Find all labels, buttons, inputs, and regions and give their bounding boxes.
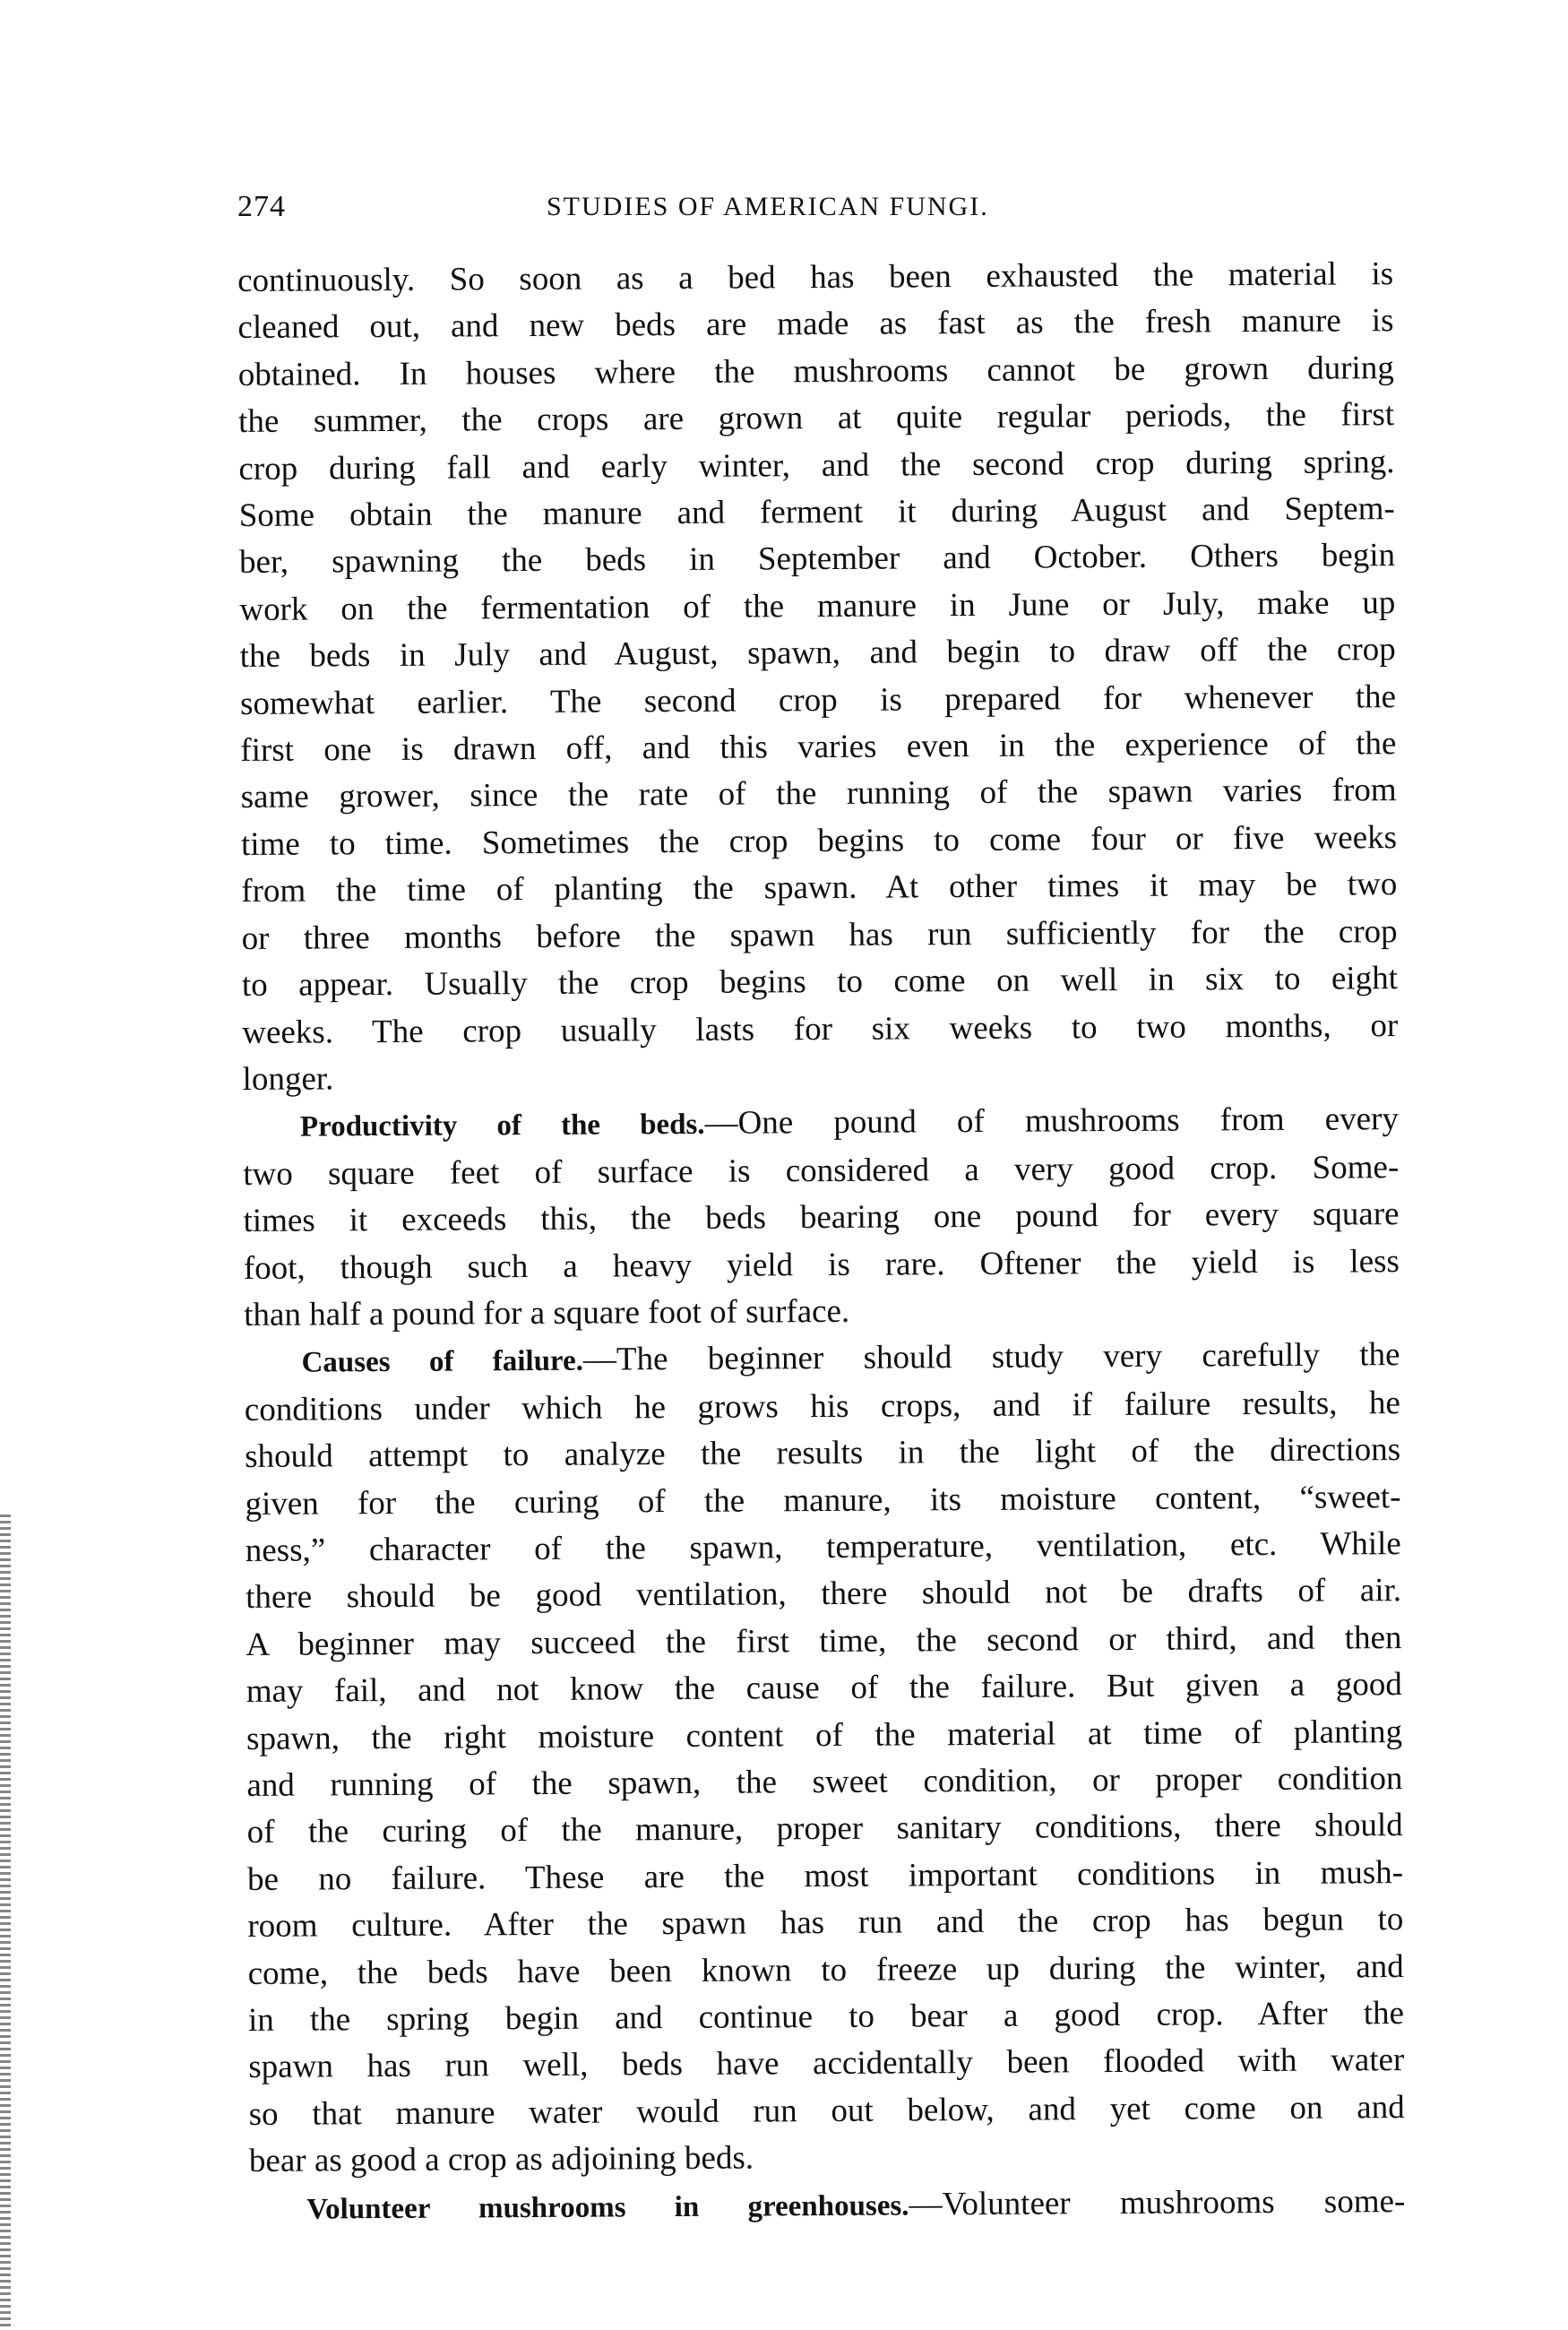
paragraph-causes-of-failure: Causes of failure.—The beginner should s… (244, 1332, 1405, 2185)
text-line: obtained. In houses where the mushrooms … (238, 345, 1394, 399)
text-line: room culture. After the spawn has run an… (247, 1896, 1403, 1950)
text-line: bear as good a crop as adjoining beds. (249, 2131, 1405, 2185)
paragraph-productivity: Productivity of the beds.—One pound of m… (243, 1096, 1400, 1339)
text-line: spawn has run well, beds have accidental… (248, 2038, 1404, 2092)
text-line: same grower, since the rate of the runni… (241, 768, 1397, 822)
text-run: —One pound of mushrooms from every (704, 1100, 1399, 1142)
text-line: somewhat earlier. The second crop is pre… (240, 674, 1396, 728)
text-line: from the time of planting the spawn. At … (241, 861, 1397, 915)
text-line: should attempt to analyze the results in… (245, 1427, 1400, 1480)
sidehead-causes-of-failure: Causes of failure. (301, 1345, 583, 1379)
text-line: in the spring begin and continue to bear… (248, 1990, 1404, 2044)
text-line: continuously. So soon as a bed has been … (237, 251, 1393, 305)
text-line: spawn, the right moisture content of the… (246, 1709, 1402, 1763)
text-line: ness,” character of the spawn, temperatu… (246, 1521, 1401, 1575)
text-line: crop during fall and early winter, and t… (238, 439, 1394, 493)
text-line: there should be good ventilation, there … (246, 1567, 1401, 1621)
text-line: so that manure water would run out below… (248, 2084, 1404, 2138)
text-line: or three months before the spawn has run… (241, 909, 1397, 962)
scan-binding-edge (0, 1514, 11, 2330)
body-text: continuously. So soon as a bed has been … (237, 251, 1405, 2233)
text-line: and running of the spawn, the sweet cond… (246, 1756, 1402, 1809)
text-line: than half a pound for a square foot of s… (244, 1285, 1400, 1339)
text-line: times it exceeds this, the beds bearing … (243, 1191, 1399, 1245)
page-number: 274 (237, 190, 286, 224)
text-line: cleaned out, and new beds are made as fa… (237, 298, 1393, 352)
sidehead-volunteer-mushrooms: Volunteer mushrooms in greenhouses. (306, 2189, 909, 2225)
text-line: to appear. Usually the crop begins to co… (242, 955, 1398, 1009)
paragraph-continuation: continuously. So soon as a bed has been … (237, 251, 1399, 1103)
text-line-with-sidehead: Productivity of the beds.—One pound of m… (243, 1096, 1399, 1151)
text-line: longer. (242, 1049, 1398, 1103)
text-line: weeks. The crop usually lasts for six we… (242, 1003, 1398, 1057)
text-line: first one is drawn off, and this varies … (240, 721, 1396, 774)
text-line: given for the curing of the manure, its … (245, 1474, 1400, 1528)
text-line: of the curing of the manure, proper sani… (247, 1802, 1403, 1856)
text-run: —Volunteer mushrooms some- (909, 2183, 1405, 2222)
running-head: 274 STUDIES OF AMERICAN FUNGI. (237, 190, 1384, 235)
text-line-with-sidehead: Causes of failure.—The beginner should s… (244, 1332, 1400, 1386)
scanned-book-page: 274 STUDIES OF AMERICAN FUNGI. continuou… (0, 0, 1568, 2330)
text-line-with-sidehead: Volunteer mushrooms in greenhouses.—Volu… (249, 2179, 1405, 2233)
text-line: the beds in July and August, spawn, and … (240, 626, 1396, 680)
text-line: A beginner may succeed the first time, t… (246, 1615, 1401, 1669)
text-line: the summer, the crops are grown at quite… (238, 392, 1394, 445)
text-line: foot, though such a heavy yield is rare.… (244, 1238, 1400, 1292)
text-line: be no failure. These are the most import… (247, 1850, 1403, 1903)
text-line: Some obtain the manure and ferment it du… (239, 486, 1395, 539)
text-line: time to time. Sometimes the crop begins … (241, 815, 1397, 868)
paragraph-volunteer-mushrooms: Volunteer mushrooms in greenhouses.—Volu… (249, 2179, 1405, 2233)
text-line: may fail, and not know the cause of the … (246, 1661, 1402, 1715)
text-line: ber, spawning the beds in September and … (239, 533, 1395, 587)
text-line: conditions under which he grows his crop… (245, 1380, 1400, 1434)
text-line: work on the fermentation of the manure i… (239, 580, 1395, 634)
sidehead-productivity: Productivity of the beds. (300, 1109, 705, 1143)
text-line: come, the beds have been known to freeze… (248, 1944, 1404, 1998)
text-run: —The beginner should study very carefull… (583, 1336, 1400, 1378)
running-title: STUDIES OF AMERICAN FUNGI. (547, 192, 989, 222)
text-line: two square feet of surface is considered… (243, 1144, 1399, 1198)
